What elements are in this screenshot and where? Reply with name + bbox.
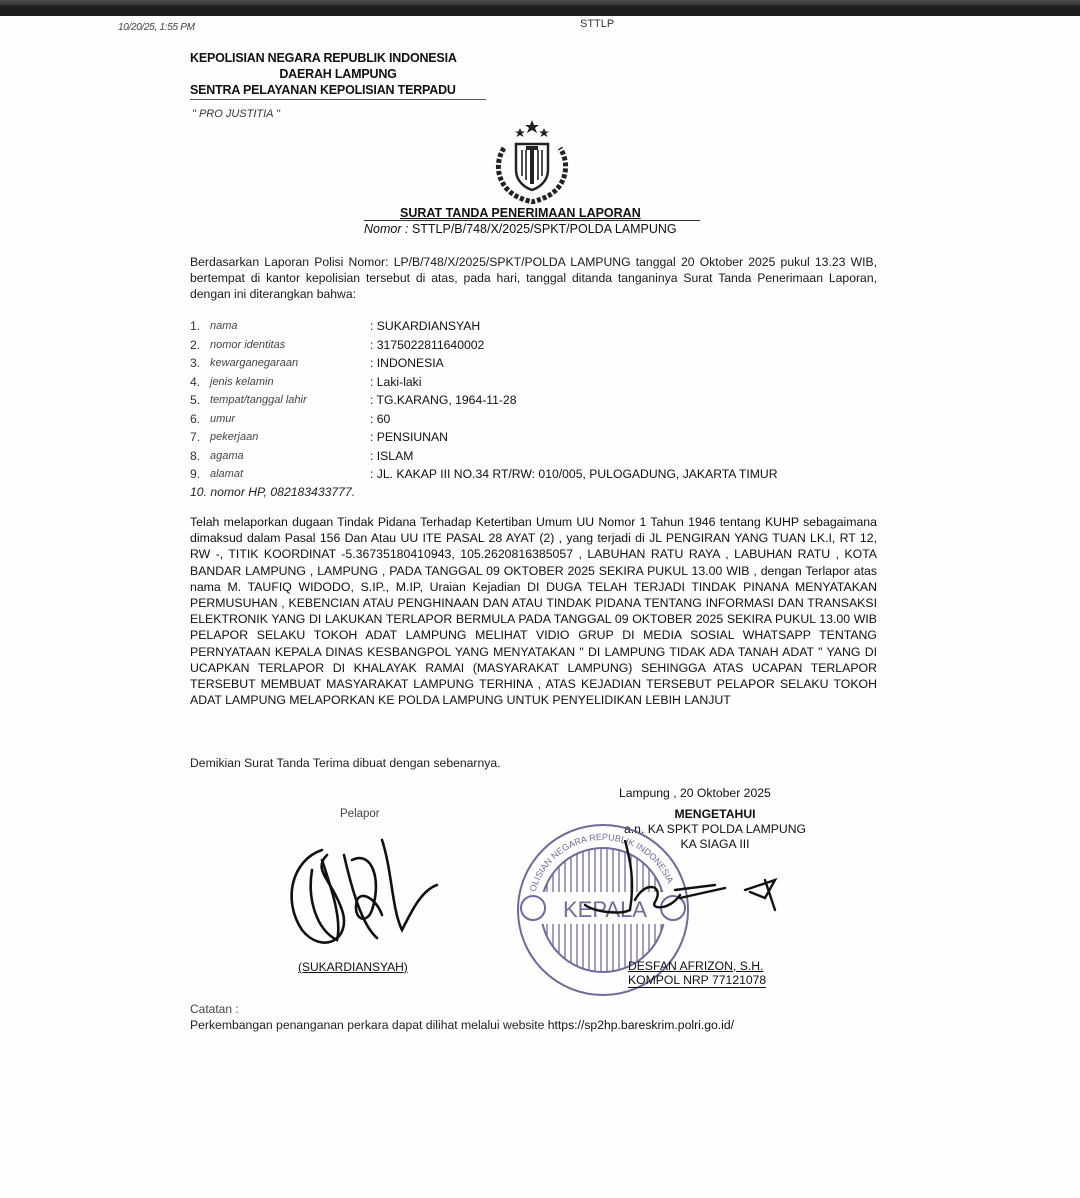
field-row: 7.pekerjaan: PENSIUNAN — [190, 428, 870, 447]
field-label: jenis kelamin — [210, 376, 370, 388]
field-number: 5. — [190, 393, 210, 407]
field-row: 5.tempat/tanggal lahir: TG.KARANG, 1964-… — [190, 391, 870, 410]
header-line-1: KEPOLISIAN NEGARA REPUBLIK INDONESIA — [190, 50, 486, 66]
field-label: kewarganegaraan — [210, 357, 370, 369]
closing-statement: Demikian Surat Tanda Terima dibuat denga… — [190, 756, 501, 770]
field-row: 2.nomor identitas: 3175022811640002 — [190, 336, 870, 355]
note-body: Perkembangan penanganan perkara dapat di… — [190, 1018, 548, 1032]
document-number: Nomor : STTLP/B/748/X/2025/SPKT/POLDA LA… — [364, 220, 700, 236]
field-number: 2. — [190, 338, 210, 352]
reporter-fields: 1.nama: SUKARDIANSYAH2.nomor identitas: … — [190, 317, 870, 500]
note-text: Perkembangan penanganan perkara dapat di… — [190, 1018, 734, 1032]
reporter-label: Pelapor — [340, 808, 380, 820]
intro-paragraph: Berdasarkan Laporan Polisi Nomor: LP/B/7… — [190, 254, 877, 302]
header-line-3: SENTRA PELAYANAN KEPOLISIAN TERPADU — [190, 82, 486, 98]
field-value: : INDONESIA — [370, 356, 444, 370]
field-label: nomor identitas — [210, 339, 370, 351]
field-value: : 3175022811640002 — [370, 338, 484, 352]
field-value: : JL. KAKAP III NO.34 RT/RW: 010/005, PU… — [370, 467, 778, 481]
header-line-2: DAERAH LAMPUNG — [190, 66, 486, 82]
field-label: alamat — [210, 468, 370, 480]
reporter-signature-icon — [282, 830, 442, 960]
field-row: 1.nama: SUKARDIANSYAH — [190, 317, 870, 336]
tracking-website-link[interactable]: https://sp2hp.bareskrim.polri.go.id/ — [548, 1018, 734, 1032]
field-phone-number: 10. nomor HP, 082183433777. — [190, 484, 870, 500]
note-label: Catatan : — [190, 1002, 239, 1016]
field-label: tempat/tanggal lahir — [210, 394, 370, 406]
police-emblem-icon — [486, 120, 578, 204]
field-value: : PENSIUNAN — [370, 430, 448, 444]
print-title: STTLP — [580, 18, 614, 30]
officer-name: DESFAN AFRIZON, S.H. — [628, 959, 763, 973]
field-number: 6. — [190, 412, 210, 426]
field-value: : 60 — [370, 412, 390, 426]
field-label: umur — [210, 413, 370, 425]
field-value: : ISLAM — [370, 449, 413, 463]
reporter-name: (SUKARDIANSYAH) — [298, 960, 408, 974]
field-row: 3.kewarganegaraan: INDONESIA — [190, 354, 870, 373]
document-number-value: STTLP/B/748/X/2025/SPKT/POLDA LAMPUNG — [412, 222, 677, 236]
viewer-top-bar — [0, 0, 1080, 16]
place-date: Lampung , 20 Oktober 2025 — [619, 786, 771, 800]
institution-header: KEPOLISIAN NEGARA REPUBLIK INDONESIA DAE… — [190, 50, 486, 100]
field-value: : Laki-laki — [370, 375, 421, 389]
header-rule — [190, 99, 486, 100]
field-number: 4. — [190, 375, 210, 389]
field-number: 7. — [190, 430, 210, 444]
print-datetime: 10/20/25, 1:55 PM — [118, 22, 195, 33]
field-label: pekerjaan — [210, 431, 370, 443]
field-row: 9.alamat: JL. KAKAP III NO.34 RT/RW: 010… — [190, 465, 870, 484]
report-narrative: Telah melaporkan dugaan Tindak Pidana Te… — [190, 514, 877, 708]
document-title: SURAT TANDA PENERIMAAN LAPORAN — [400, 206, 641, 220]
field-row: 4.jenis kelamin: Laki-laki — [190, 373, 870, 392]
field-number: 3. — [190, 356, 210, 370]
field-row: 8.agama: ISLAM — [190, 447, 870, 466]
document-number-label: Nomor : — [364, 222, 408, 236]
field-value: : SUKARDIANSYAH — [370, 319, 480, 333]
field-row: 6.umur: 60 — [190, 410, 870, 429]
pro-justitia: " PRO JUSTITIA " — [192, 108, 280, 120]
field-label: agama — [210, 450, 370, 462]
officer-signature-icon — [575, 840, 795, 920]
officer-rank: KOMPOL NRP 77121078 — [628, 973, 766, 988]
field-number: 8. — [190, 449, 210, 463]
field-label: nama — [210, 320, 370, 332]
field-value: : TG.KARANG, 1964-11-28 — [370, 393, 517, 407]
field-number: 1. — [190, 319, 210, 333]
field-number: 9. — [190, 467, 210, 481]
